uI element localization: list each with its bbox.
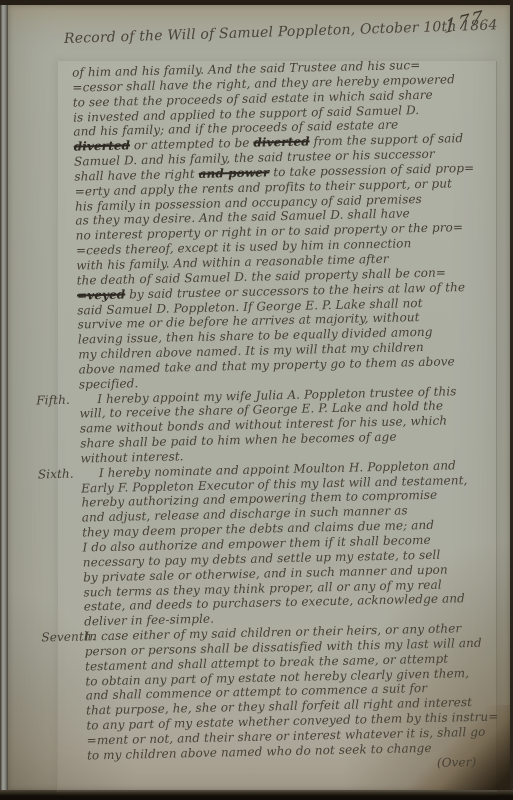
text-segment: without interest.	[80, 449, 183, 465]
photo-edge-left	[0, 0, 8, 800]
ledger-page: 177 Record of the Will of Samuel Popplet…	[8, 5, 510, 790]
text-segment: (Over)	[437, 755, 477, 770]
margin-label: Fifth.	[36, 392, 70, 408]
text-segment: or attempted to be	[130, 136, 254, 153]
text-segment: shall have the right	[74, 167, 199, 184]
page-title: Record of the Will of Samuel Poppleton, …	[64, 17, 513, 47]
struck-text-segment: diverted	[74, 139, 131, 154]
document-lines: of him and his family. And the said Trus…	[8, 56, 513, 780]
margin-label: Sixth.	[38, 466, 74, 482]
margin-label: Seventh.	[41, 629, 95, 645]
struck-text-segment: and power	[199, 165, 270, 181]
struck-text-segment: =veyed	[77, 287, 126, 302]
text-segment: specified.	[79, 376, 139, 391]
struck-text-segment: diverted	[253, 135, 310, 150]
